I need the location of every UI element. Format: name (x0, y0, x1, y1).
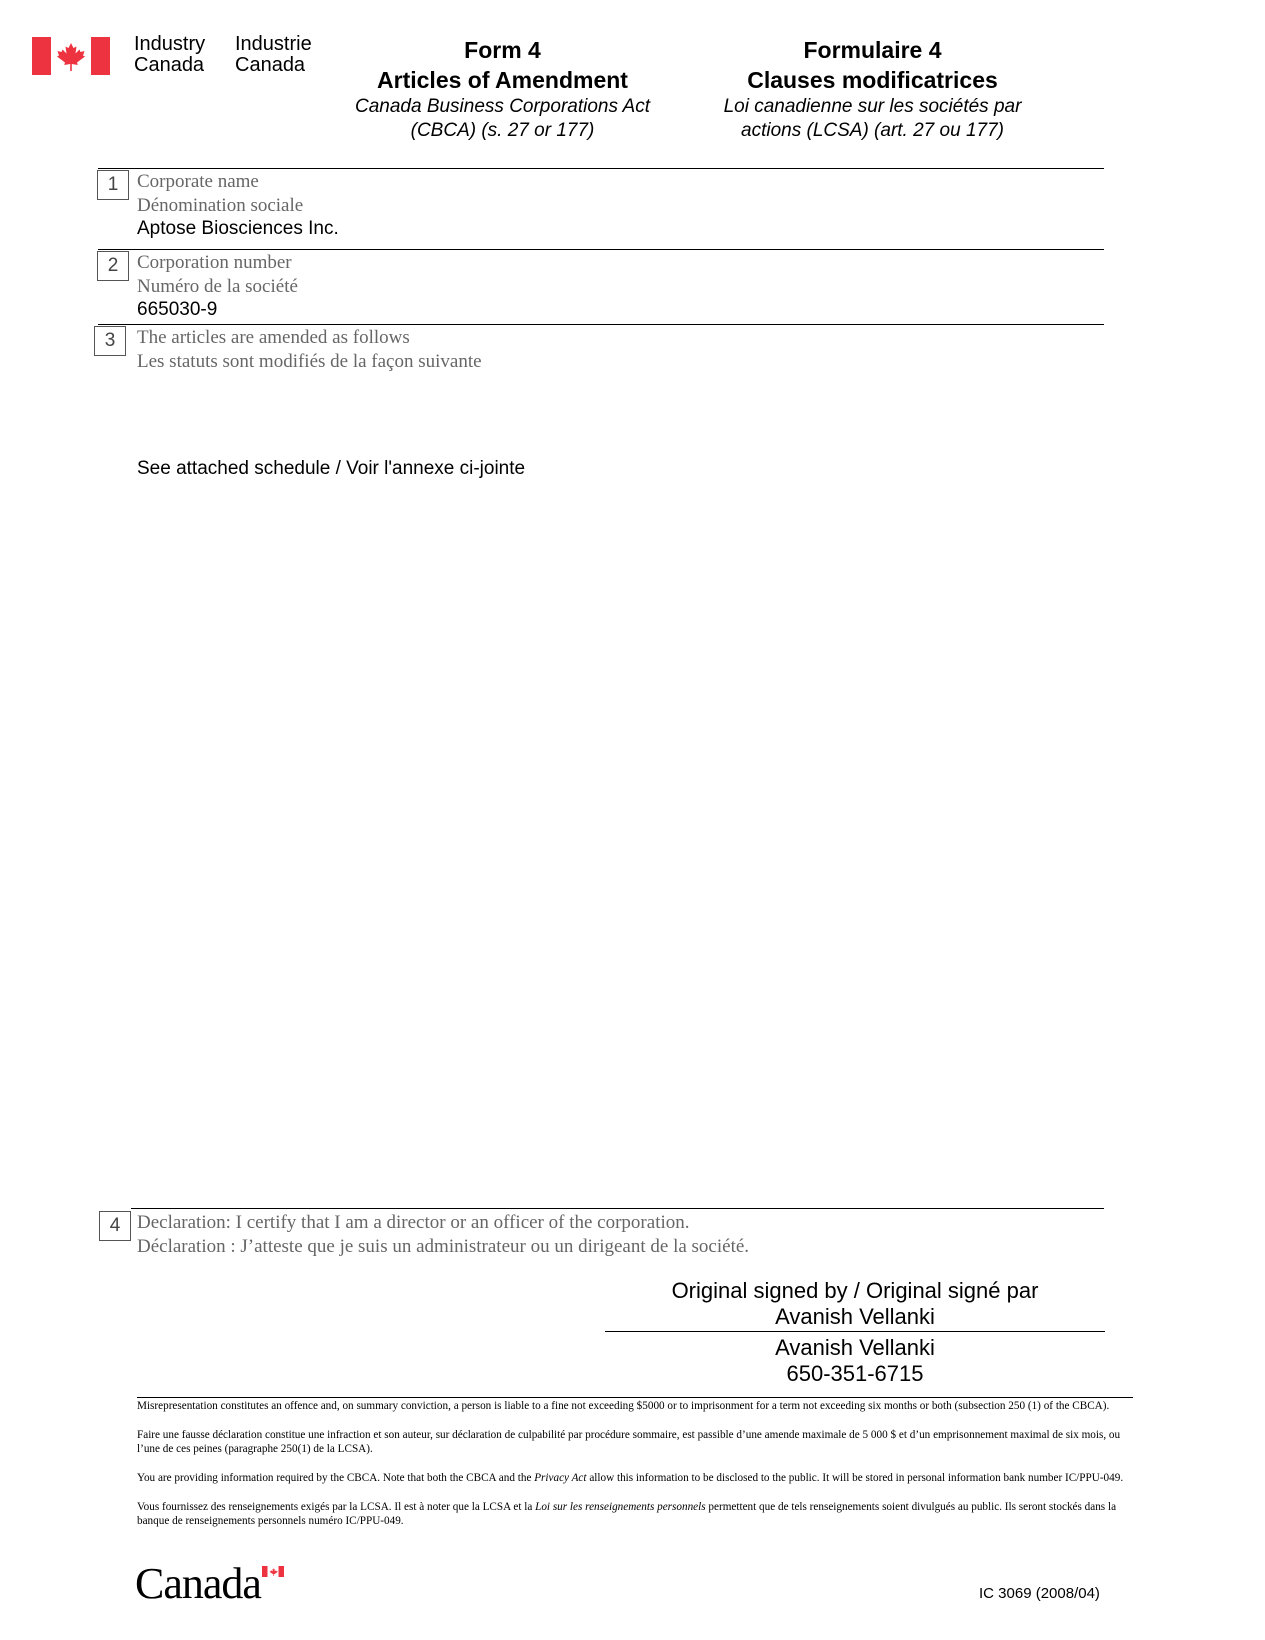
privacy-notice-en: You are providing information required b… (137, 1471, 1129, 1485)
form-title-fr-text: Clauses modificatrices (700, 65, 1045, 95)
section-number-1: 1 (97, 170, 129, 200)
section-number-3: 3 (94, 326, 126, 356)
amendments-label-en: The articles are amended as follows (137, 326, 482, 350)
legal-notices: Misrepresentation constitutes an offence… (137, 1399, 1129, 1528)
declaration-label-fr: Déclaration : J’atteste que je suis un a… (137, 1235, 749, 1259)
department-en-line2: Canada (134, 55, 205, 76)
privacy-act-title-fr: Loi sur les renseignements personnels (535, 1501, 706, 1513)
act-name-en-line1: Canada Business Corporations Act (330, 95, 675, 119)
corporate-name-label-fr: Dénomination sociale (137, 194, 339, 218)
section-divider (98, 249, 1104, 250)
amendments-label-fr: Les statuts sont modifiés de la façon su… (137, 350, 482, 374)
corporate-name-value: Aptose Biosciences Inc. (137, 218, 339, 240)
corporation-number-label-en: Corporation number (137, 251, 298, 275)
privacy-notice-fr: Vous fournissez des renseignements exigé… (137, 1500, 1129, 1528)
department-fr-line1: Industrie (235, 34, 312, 55)
act-name-fr-line2: actions (LCSA) (art. 27 ou 177) (700, 119, 1045, 143)
form-title-fr: Formulaire 4 Clauses modificatrices Loi … (700, 35, 1045, 143)
section-number-2: 2 (97, 251, 129, 281)
section-divider (98, 168, 1104, 169)
section-declaration: Declaration: I certify that I am a direc… (137, 1211, 749, 1259)
signed-by-line: Original signed by / Original signé par (605, 1278, 1105, 1304)
act-name-en-line2: (CBCA) (s. 27 or 177) (330, 119, 675, 143)
declaration-label-en: Declaration: I certify that I am a direc… (137, 1211, 749, 1235)
signer-phone: 650-351-6715 (605, 1361, 1105, 1387)
section-number-4: 4 (99, 1211, 131, 1241)
privacy-act-title: Privacy Act (534, 1472, 586, 1484)
canada-wordmark: Canada (135, 1558, 261, 1608)
department-name-fr: Industrie Canada (235, 34, 312, 76)
canada-wordmark-text: Canada (135, 1559, 261, 1608)
canada-flag-icon (32, 37, 110, 75)
department-fr-line2: Canada (235, 55, 312, 76)
footer-divider (137, 1397, 1133, 1398)
form-number-en: Form 4 (330, 35, 675, 65)
misrepresentation-notice-fr: Faire une fausse déclaration constitue u… (137, 1428, 1129, 1456)
form-title-en-text: Articles of Amendment (330, 65, 675, 95)
corporation-number-value: 665030-9 (137, 299, 298, 321)
section-divider (131, 1208, 1104, 1209)
section-corporate-name: Corporate name Dénomination sociale Apto… (137, 170, 339, 240)
department-en-line1: Industry (134, 34, 205, 55)
corporation-number-label-fr: Numéro de la société (137, 275, 298, 299)
wordmark-flag-icon (262, 1566, 284, 1577)
form-title-en: Form 4 Articles of Amendment Canada Busi… (330, 35, 675, 143)
corporate-name-label-en: Corporate name (137, 170, 339, 194)
signer-signature: Avanish Vellanki (605, 1304, 1105, 1330)
form-code: IC 3069 (2008/04) (979, 1585, 1100, 1602)
section-corporation-number: Corporation number Numéro de la société … (137, 251, 298, 321)
signer-name: Avanish Vellanki (605, 1335, 1105, 1361)
section-amendments: The articles are amended as follows Les … (137, 326, 482, 374)
signature-block: Original signed by / Original signé par … (605, 1278, 1105, 1387)
act-name-fr-line1: Loi canadienne sur les sociétés par (700, 95, 1045, 119)
department-name-en: Industry Canada (134, 34, 205, 76)
misrepresentation-notice-en: Misrepresentation constitutes an offence… (137, 1399, 1129, 1413)
amendments-value: See attached schedule / Voir l'annexe ci… (137, 458, 525, 480)
section-divider (98, 324, 1104, 325)
form-number-fr: Formulaire 4 (700, 35, 1045, 65)
signature-line (605, 1331, 1105, 1332)
